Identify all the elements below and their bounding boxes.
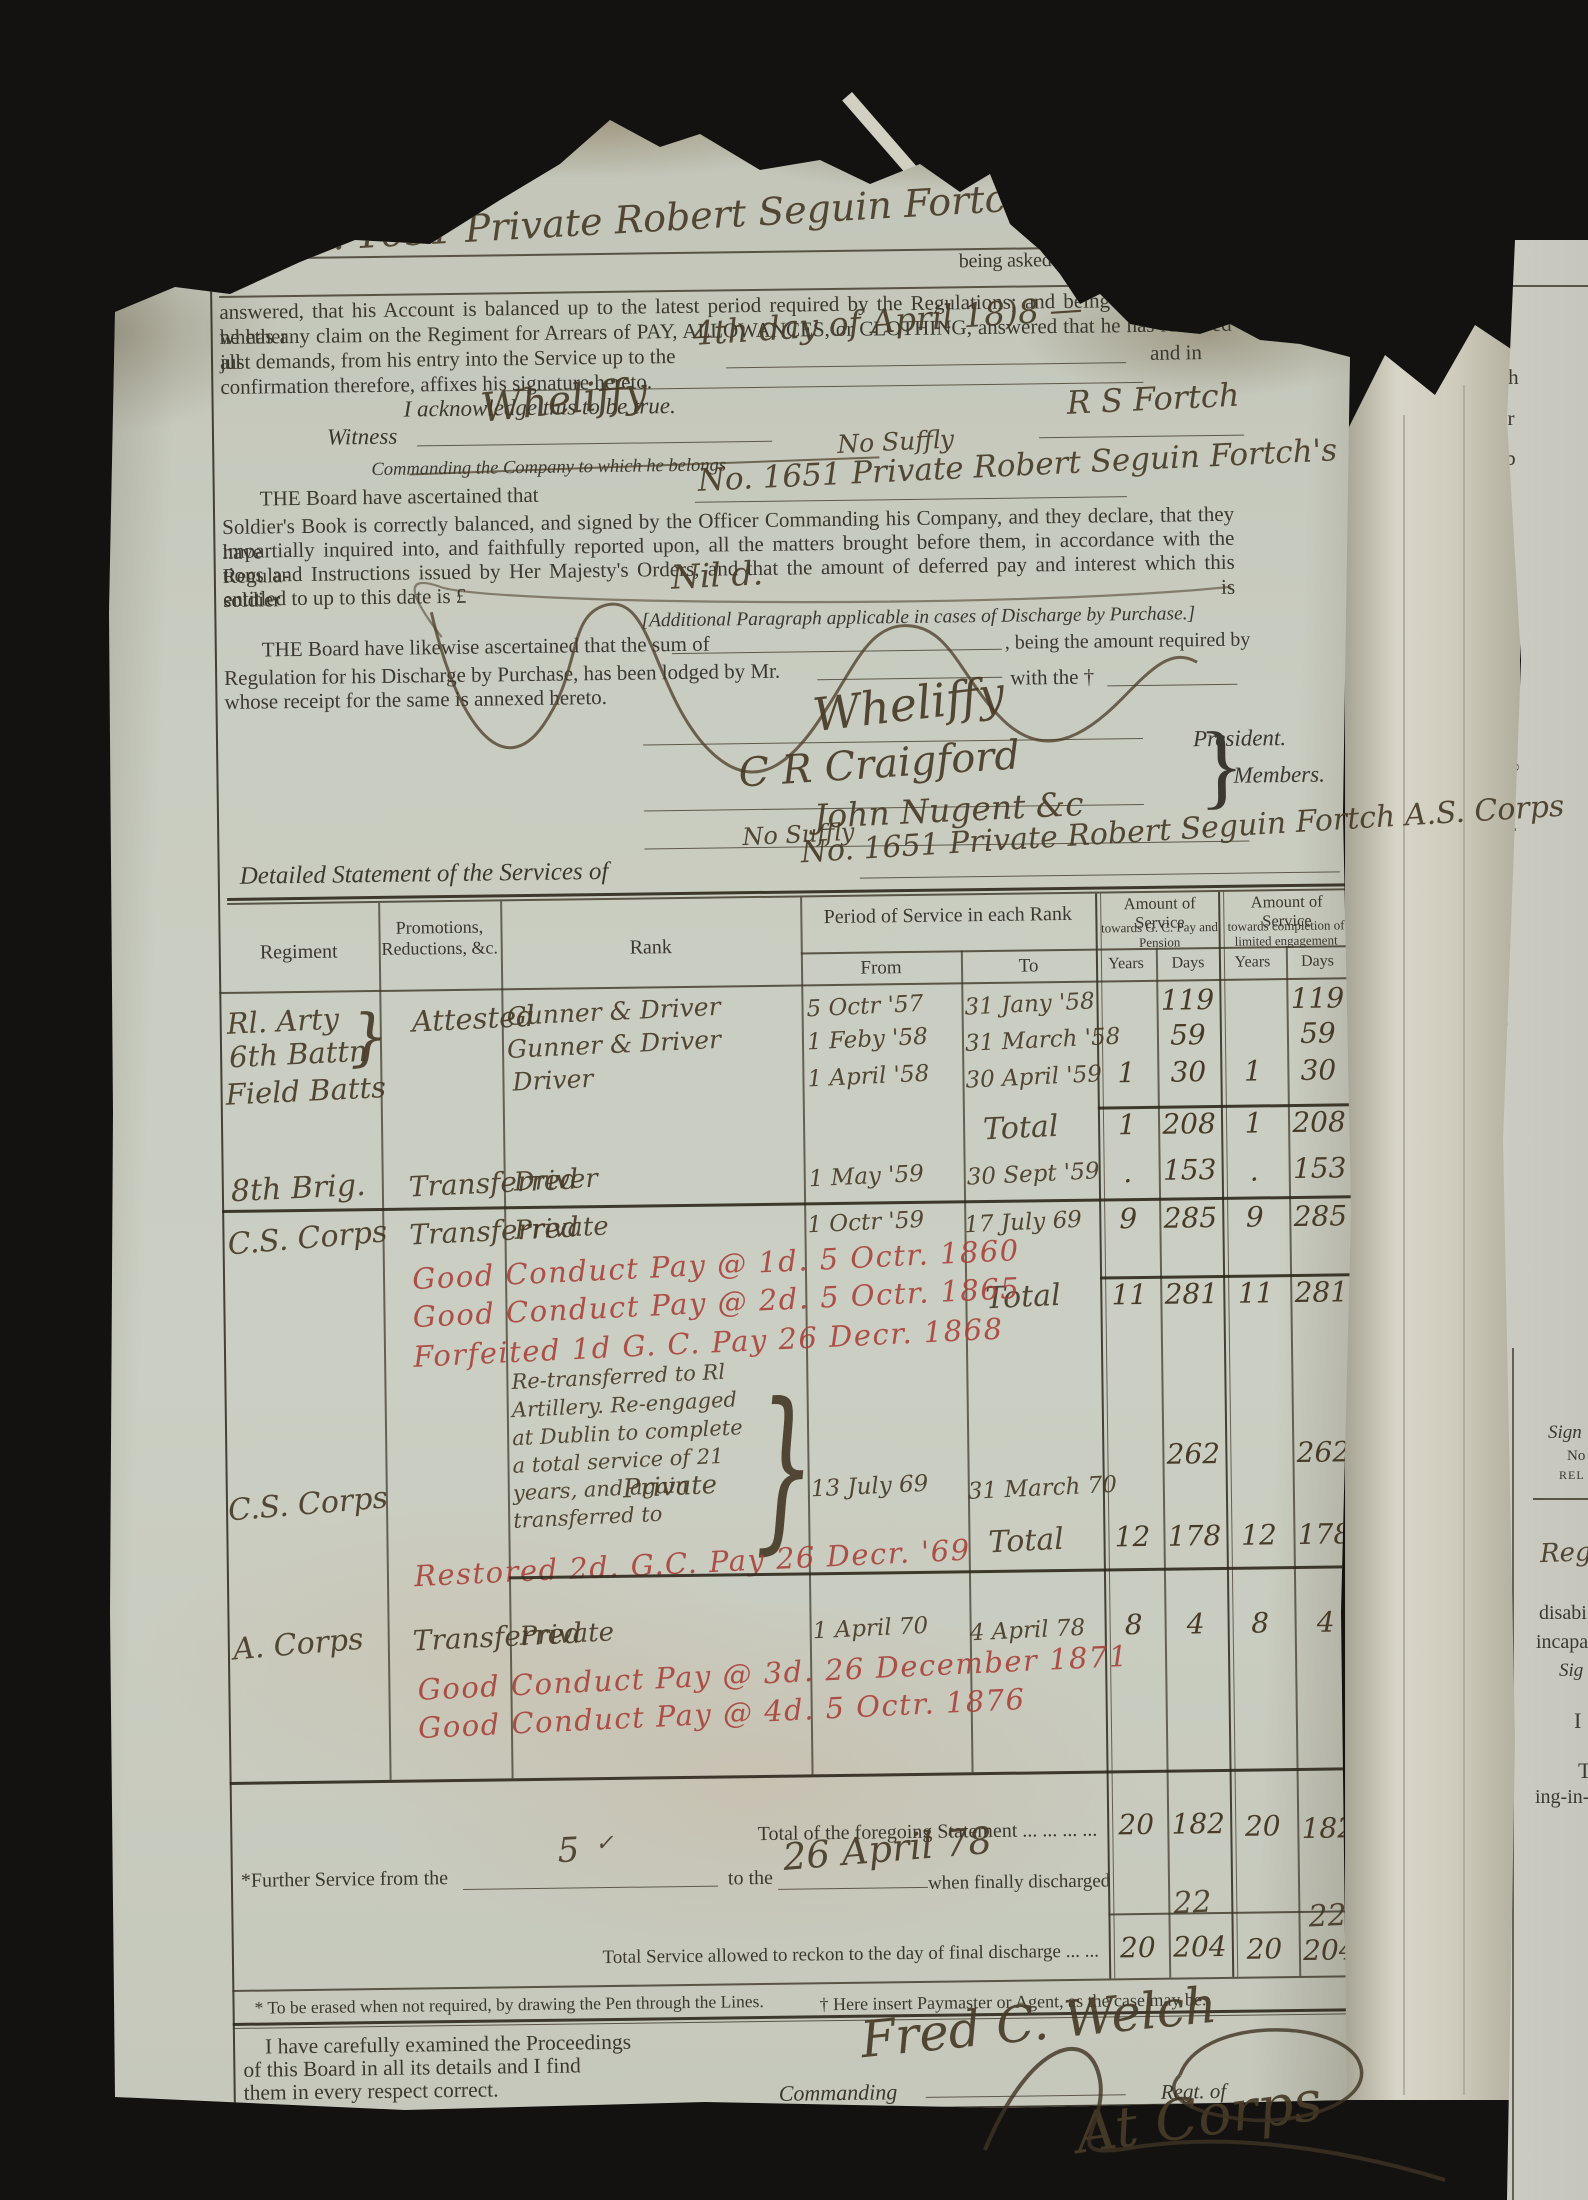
total-gc-days: 208 [1158,1107,1220,1141]
cell-to: 17 July 69 [964,1207,1083,1239]
note-line: transferred to [513,1502,663,1533]
cell-regiment: Field Batts [225,1070,387,1112]
col-header-gc-sub: towards G. C. Pay and Pension [1099,920,1219,951]
witness-label: Witness [327,423,398,451]
cell-le-days: 59 [1287,1016,1349,1050]
cell-le-years: 8 [1227,1606,1292,1640]
cell-gc-days: 119 [1156,983,1218,1017]
commander-signature: Fred C. Welch [858,1976,1219,2070]
col-header-days: Days [1286,952,1349,971]
blank-line [925,2070,1125,2098]
total-label: Total [988,1522,1065,1561]
blank-line [1107,660,1237,687]
total-gc-years: 12 [1103,1520,1161,1554]
totals-statement-gc-years: 20 [1107,1808,1165,1842]
cell-le-days: 153 [1288,1151,1350,1185]
totals-allowed-gc-years: 20 [1109,1931,1167,1965]
cell-to: 31 Jany '58 [964,988,1095,1020]
handwritten-further-from: 5 [557,1830,581,1871]
total-gc-days: 178 [1163,1519,1225,1553]
adjacent-disability-text: disabi [1539,1602,1587,1626]
blank-line [672,625,1002,654]
adjacent-incapacity-text: incapa [1536,1631,1588,1655]
cell-gc-years: 8 [1104,1608,1162,1642]
statement-heading-label: Detailed Statement of the Services of [240,857,609,891]
adjacent-fragment-text: T [1578,1758,1588,1784]
adjacent-border-top [1477,285,1588,287]
adjacent-fragment-text: ing-in- [1535,1786,1588,1810]
printed-line: , being the amount required by [1005,629,1251,656]
further-service-label: when finally discharged [928,1870,1110,1895]
totals-top-rule [230,1767,1361,1784]
col-header-rank: Rank [501,934,801,961]
printed-line: with the † [1010,665,1094,691]
document-scan-root: { "colors": { "paper": "#c9ccc0", "black… [0,0,1588,2200]
adjacent-fragment-text: I [1574,1708,1581,1734]
cell-rank: Gunner & Driver [506,1025,721,1064]
totals-statement-le-years: 20 [1230,1809,1295,1843]
cell-from: 1 May '59 [808,1161,924,1192]
printed-line: THE Board have ascertained that [260,483,539,511]
total-le-days: 208 [1288,1105,1350,1139]
cell-rank: Private [514,1211,610,1245]
col-header-period: Period of Service in each Rank [815,903,1080,929]
blank-line [463,1862,718,1890]
printed-line: and in [1150,340,1202,365]
col-header-promotions: Promotions, Reductions, &c. [380,916,499,959]
cell-gc-days: 59 [1157,1018,1219,1052]
total-le-years: 12 [1226,1518,1291,1552]
cell-gc-years: 1 [1097,1056,1155,1090]
cell-to: 30 Sept '59 [966,1158,1100,1190]
total-gc-days: 281 [1160,1277,1222,1311]
cell-rank: Private [622,1470,718,1504]
cell-regiment: 6th Battn [228,1034,368,1075]
printed-line: whose receipt for the same is annexed he… [224,685,607,715]
cell-regiment: 8th Brig. [230,1168,366,1209]
printed-line: being asked to what date he has been pai… [959,246,1291,274]
table-subheader-rule [801,949,1096,954]
blank-line [417,417,772,447]
adjacent-handwriting: Regt [1539,1537,1588,1569]
gutter-crease [1463,385,1465,2095]
cell-gc-days: 30 [1157,1055,1219,1089]
adjacent-rule [1533,1498,1588,1500]
cell-gc-days: 285 [1159,1201,1221,1235]
total-le-years: 11 [1223,1276,1288,1310]
cell-gc-years: . [1099,1156,1157,1190]
handwritten-added-days: 22 [1308,1898,1348,1935]
cell-gc-years: 9 [1099,1202,1157,1236]
cell-rank: Private [519,1617,615,1651]
handwritten-added-days: 22 [1172,1885,1212,1922]
col-header-regiment: Regiment [219,940,379,965]
adjacent-sign-label: Sign [1548,1422,1582,1444]
cell-to: 30 April '59 [965,1061,1103,1094]
document-page: No Suffly No. 1651 Private Robert Seguin… [105,112,1355,2120]
gutter-crease [1403,415,1405,2095]
cell-rank: Driver [513,1164,598,1198]
cell-to: 31 March 70 [967,1472,1117,1505]
cell-gc-days: 153 [1158,1153,1220,1187]
total-gc-years: 1 [1098,1108,1156,1142]
restored-entry-red: Restored 2d. G.C. Pay 26 Decr. '69 [413,1533,971,1594]
totals-allowed-gc-days: 204 [1169,1930,1231,1964]
cell-gc-days: 262 [1162,1437,1224,1471]
totals-statement-gc-days: 182 [1167,1807,1229,1841]
cell-le-days: 30 [1287,1053,1349,1087]
col-header-from: From [801,956,961,980]
cell-regiment: C.S. Corps [226,1214,388,1262]
commanding-label: Commanding [779,2079,898,2107]
cell-le-years: 1 [1220,1054,1285,1088]
cell-from: 1 April '58 [807,1061,930,1093]
adjacent-rel-label: REL [1559,1468,1585,1482]
commanding-company-note: Commanding the Company to which he belon… [371,455,726,481]
totals-allowed-le-years: 20 [1232,1932,1297,1966]
further-service-label: to the [728,1867,773,1891]
cell-le-years: . [1222,1154,1287,1188]
total-label: Total [982,1109,1059,1148]
cell-le-days: 119 [1286,981,1348,1015]
printed-line: entitled to up to this date is £ [223,584,467,612]
col-header-years: Years [1096,955,1156,974]
handwritten-tick: ✓ [595,1831,615,1857]
cell-regiment: C.S. Corps [227,1480,389,1528]
handwritten-amount: Nil d. [670,553,764,596]
members-label: Members. [1233,761,1325,789]
page-content: No Suffly No. 1651 Private Robert Seguin… [105,115,1381,2121]
cell-rank: Gunner & Driver [506,992,721,1031]
totals-allowed-label: Total Service allowed to reckon to the d… [529,1941,1099,1971]
cell-le-days: 285 [1289,1199,1351,1233]
adjacent-no-label: No [1567,1448,1585,1466]
adjacent-sig-label: Sig [1559,1660,1583,1682]
handwritten-ref: No Suffly [285,165,408,201]
total-le-days: 281 [1290,1275,1352,1309]
cell-regiment: A. Corps [232,1622,365,1668]
blank-line [1039,413,1244,439]
cell-rank: Driver [512,1064,594,1097]
printed-line: THE Board have likewise ascertained that… [262,632,710,663]
col-header-days: Days [1156,954,1220,973]
col-header-to: To [961,955,1096,979]
cell-from: 5 Octr '57 [806,991,924,1023]
cell-from: 1 Feby '58 [806,1024,928,1056]
cell-from: 13 July 69 [810,1471,929,1503]
cell-from: 1 Octr '59 [807,1207,925,1239]
col-header-years: Years [1219,953,1286,972]
cell-from: 1 April 70 [812,1613,929,1645]
cell-le-years: 9 [1222,1200,1287,1234]
total-le-years: 1 [1221,1106,1286,1140]
total-gc-years: 11 [1100,1278,1158,1312]
cell-gc-days: 4 [1164,1607,1226,1641]
certification-line: them in every respect correct. [244,2077,499,2106]
footnote-erase: * To be erased when not required, by dra… [254,1991,763,2018]
further-service-label: *Further Service from the [241,1867,448,1893]
col-header-le-sub: towards completion of limited engagement [1222,918,1349,950]
binding-gutter [1345,295,1520,2100]
